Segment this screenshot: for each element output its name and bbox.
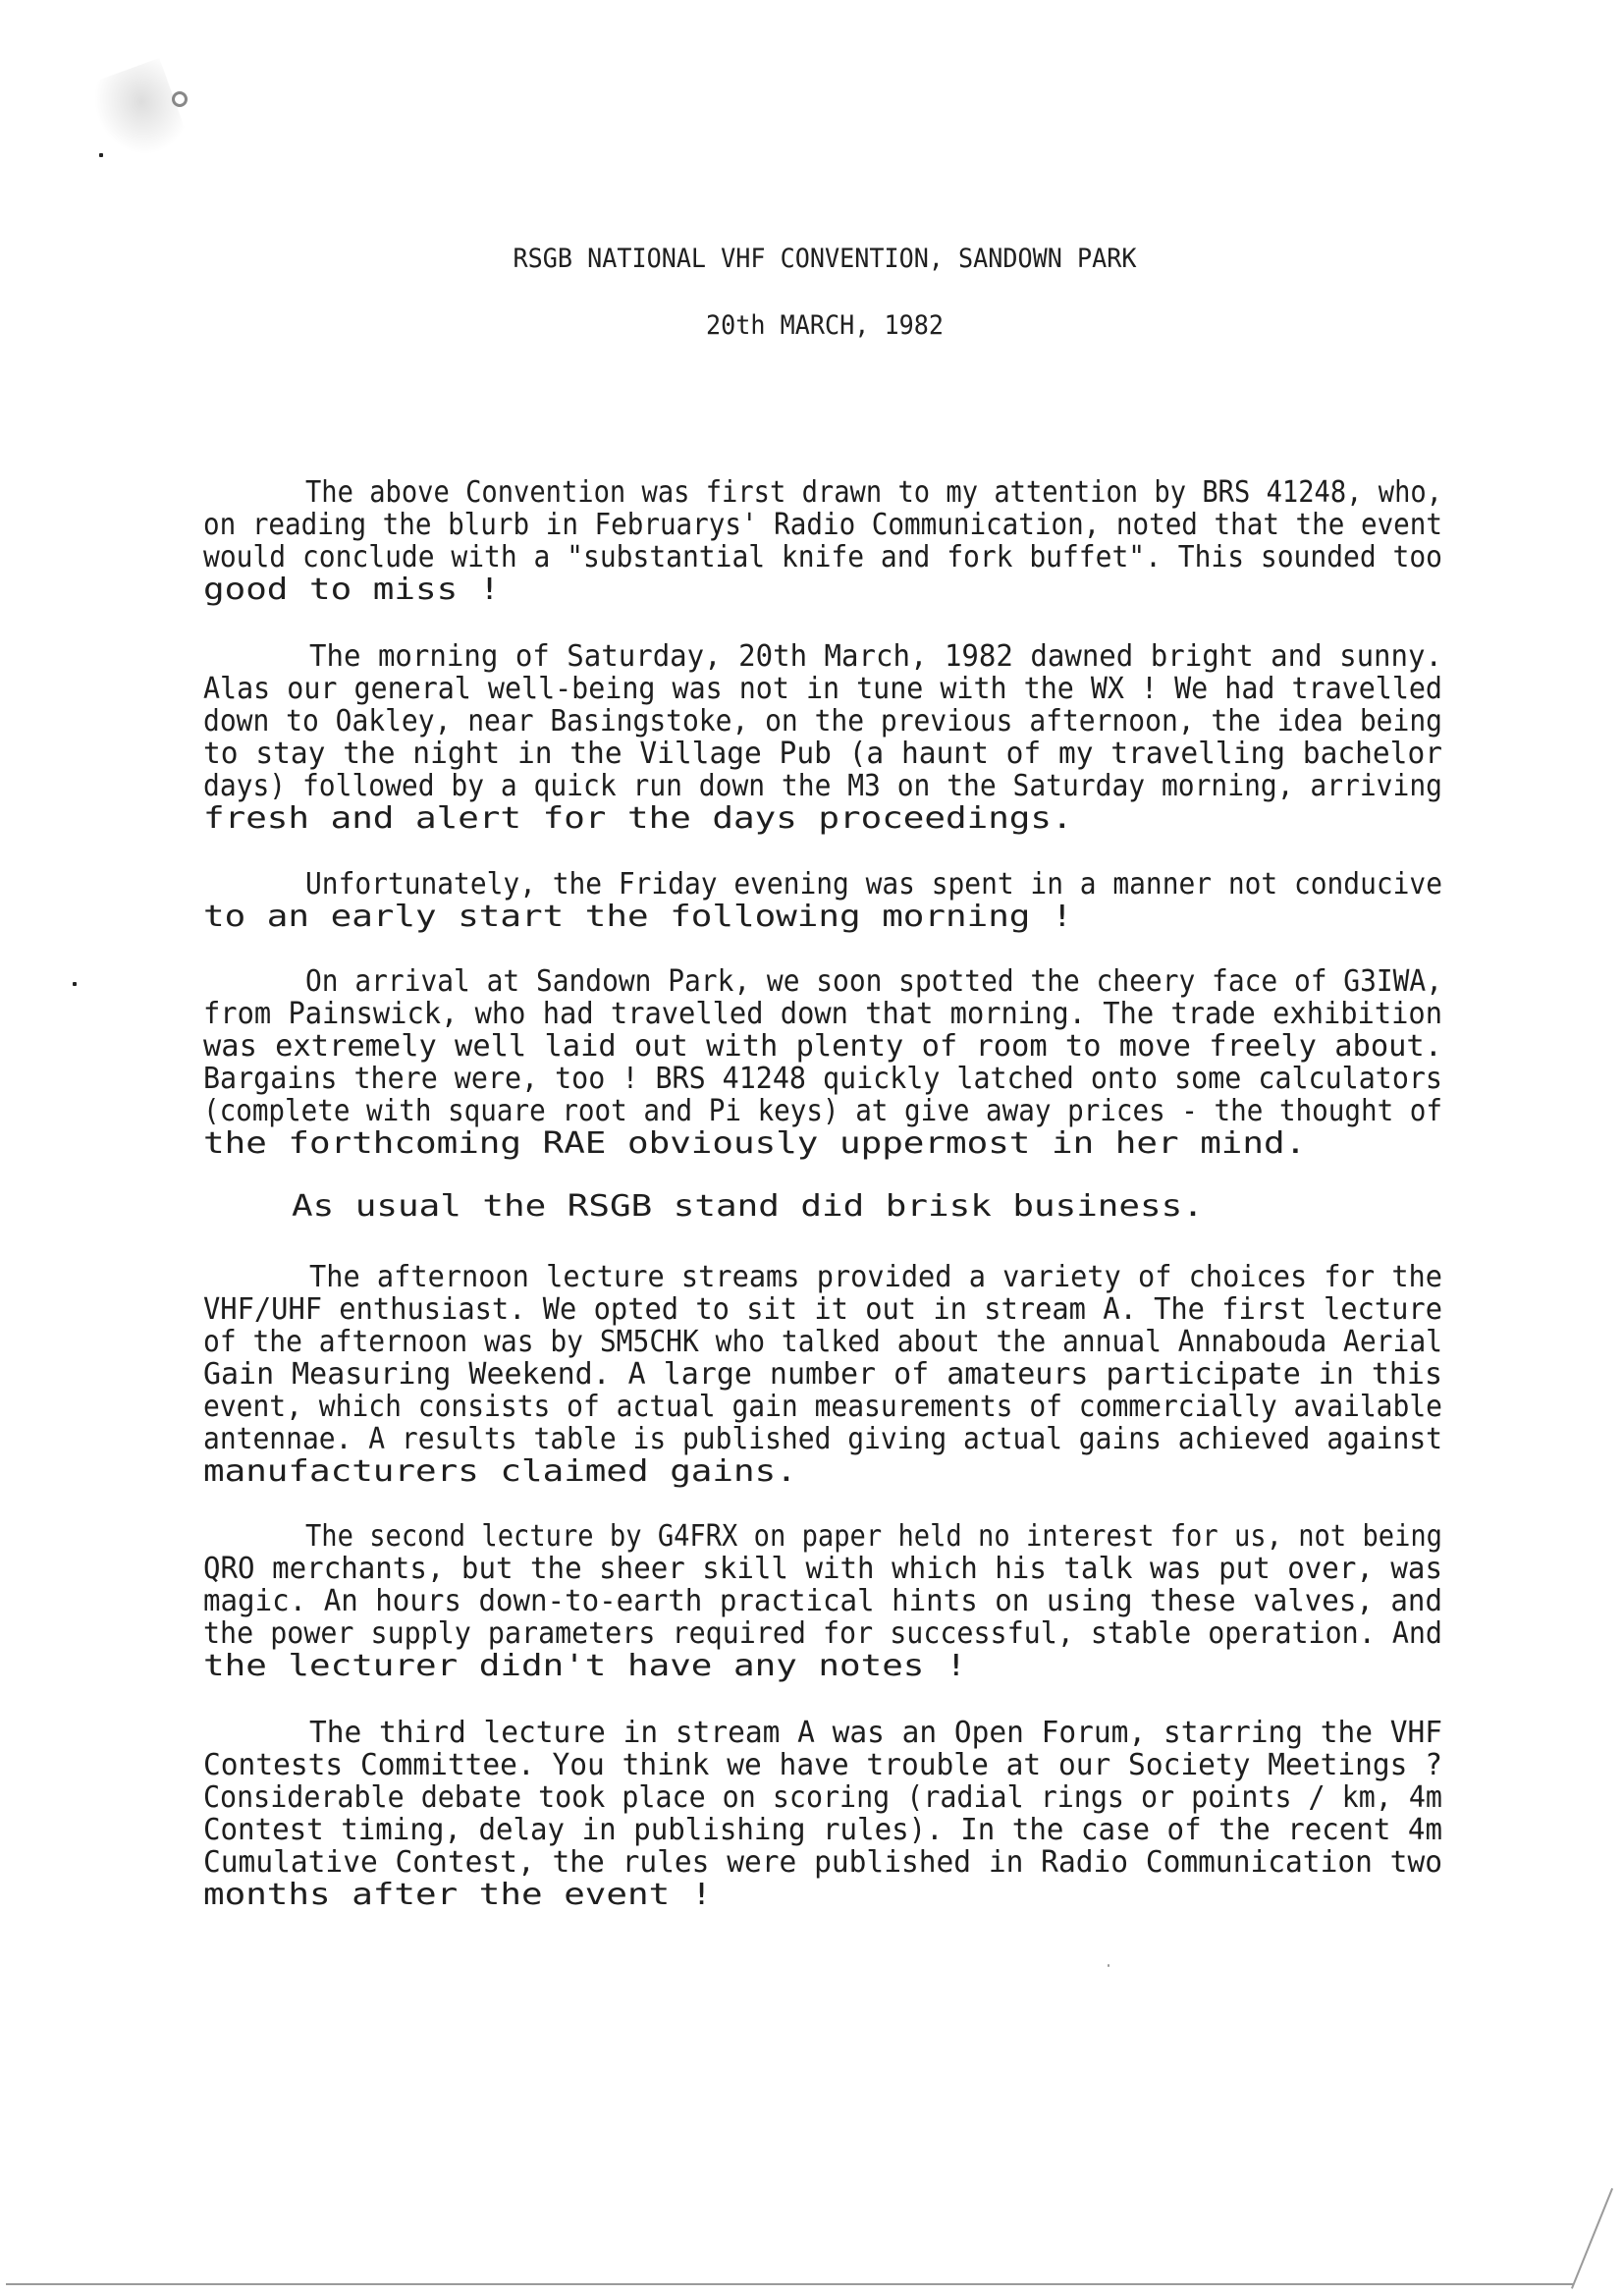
- paragraph-line: antennae. A results table is published g…: [203, 1423, 1442, 1455]
- paragraph-line: good to miss !: [203, 574, 1442, 606]
- paragraph-line: The afternoon lecture streams provided a…: [203, 1261, 1442, 1293]
- scan-speck: [99, 153, 103, 157]
- paragraph-rsgb-stand: As usual the RSGB stand did brisk busine…: [203, 1190, 1442, 1223]
- paragraph-line: VHF/UHF enthusiast. We opted to sit it o…: [203, 1293, 1442, 1326]
- paragraph-line: The third lecture in stream A was an Ope…: [203, 1717, 1442, 1749]
- paragraph-line: on reading the blurb in Februarys' Radio…: [203, 509, 1442, 541]
- paragraph-line: manufacturers claimed gains.: [203, 1455, 1442, 1488]
- paragraph-line: would conclude with a "substantial knife…: [203, 541, 1442, 574]
- paragraph-line: Contests Committee. You think we have tr…: [203, 1749, 1442, 1781]
- paragraph-line: Unfortunately, the Friday evening was sp…: [203, 868, 1442, 901]
- scan-speck: [1108, 1964, 1109, 1967]
- paragraph-line: Considerable debate took place on scorin…: [203, 1781, 1442, 1814]
- paragraph-third-lecture: The third lecture in stream A was an Ope…: [203, 1717, 1442, 1911]
- paragraph-line: Cumulative Contest, the rules were publi…: [203, 1846, 1442, 1879]
- paragraph-friday-evening: Unfortunately, the Friday evening was sp…: [203, 868, 1442, 933]
- paragraph-line: QRO merchants, but the sheer skill with …: [203, 1553, 1442, 1585]
- paragraph-line: On arrival at Sandown Park, we soon spot…: [203, 965, 1442, 998]
- paragraph-line: the power supply parameters required for…: [203, 1617, 1442, 1650]
- paragraph-line: down to Oakley, near Basingstoke, on the…: [203, 705, 1442, 738]
- paragraph-convention-intro: The above Convention was first drawn to …: [203, 476, 1442, 606]
- paragraph-line: As usual the RSGB stand did brisk busine…: [203, 1190, 1442, 1223]
- document-date: 20th MARCH, 1982: [58, 310, 1592, 342]
- paragraph-line: of the afternoon was by SM5CHK who talke…: [203, 1326, 1442, 1358]
- paragraph-line: months after the event !: [203, 1879, 1442, 1911]
- paragraph-line: to an early start the following morning …: [203, 901, 1442, 933]
- paragraph-line: The second lecture by G4FRX on paper hel…: [203, 1520, 1442, 1553]
- paragraph-line: to stay the night in the Village Pub (a …: [203, 738, 1442, 770]
- paragraph-line: fresh and alert for the days proceedings…: [203, 802, 1442, 835]
- staple-hole: [172, 91, 188, 107]
- paragraph-line: Alas our general well-being was not in t…: [203, 673, 1442, 705]
- paragraph-arrival: On arrival at Sandown Park, we soon spot…: [203, 965, 1442, 1160]
- paragraph-afternoon-lectures: The afternoon lecture streams provided a…: [203, 1261, 1442, 1488]
- paragraph-line: (complete with square root and Pi keys) …: [203, 1095, 1442, 1127]
- paragraph-line: from Painswick, who had travelled down t…: [203, 998, 1442, 1030]
- staple-mark: [85, 58, 189, 168]
- paragraph-second-lecture: The second lecture by G4FRX on paper hel…: [203, 1520, 1442, 1682]
- paragraph-line: Bargains there were, too ! BRS 41248 qui…: [203, 1063, 1442, 1095]
- paragraph-line: Contest timing, delay in publishing rule…: [203, 1814, 1442, 1846]
- paragraph-line: the forthcoming RAE obviously uppermost …: [203, 1127, 1442, 1160]
- paragraph-line: event, which consists of actual gain mea…: [203, 1391, 1442, 1423]
- paragraph-line: the lecturer didn't have any notes !: [203, 1650, 1442, 1682]
- document-page: RSGB NATIONAL VHF CONVENTION, SANDOWN PA…: [0, 0, 1623, 2296]
- paragraph-line: was extremely well laid out with plenty …: [203, 1030, 1442, 1063]
- paragraph-line: The morning of Saturday, 20th March, 198…: [203, 640, 1442, 673]
- paragraph-line: days) followed by a quick run down the M…: [203, 770, 1442, 802]
- paragraph-saturday-morning: The morning of Saturday, 20th March, 198…: [203, 640, 1442, 835]
- page-bottom-edge: [6, 2283, 1574, 2285]
- document-title: RSGB NATIONAL VHF CONVENTION, SANDOWN PA…: [58, 244, 1592, 275]
- page-corner-edge: [1571, 2188, 1613, 2289]
- paragraph-line: The above Convention was first drawn to …: [203, 476, 1442, 509]
- paragraph-line: magic. An hours down-to-earth practical …: [203, 1585, 1442, 1617]
- scan-speck: [73, 982, 77, 986]
- paragraph-line: Gain Measuring Weekend. A large number o…: [203, 1358, 1442, 1391]
